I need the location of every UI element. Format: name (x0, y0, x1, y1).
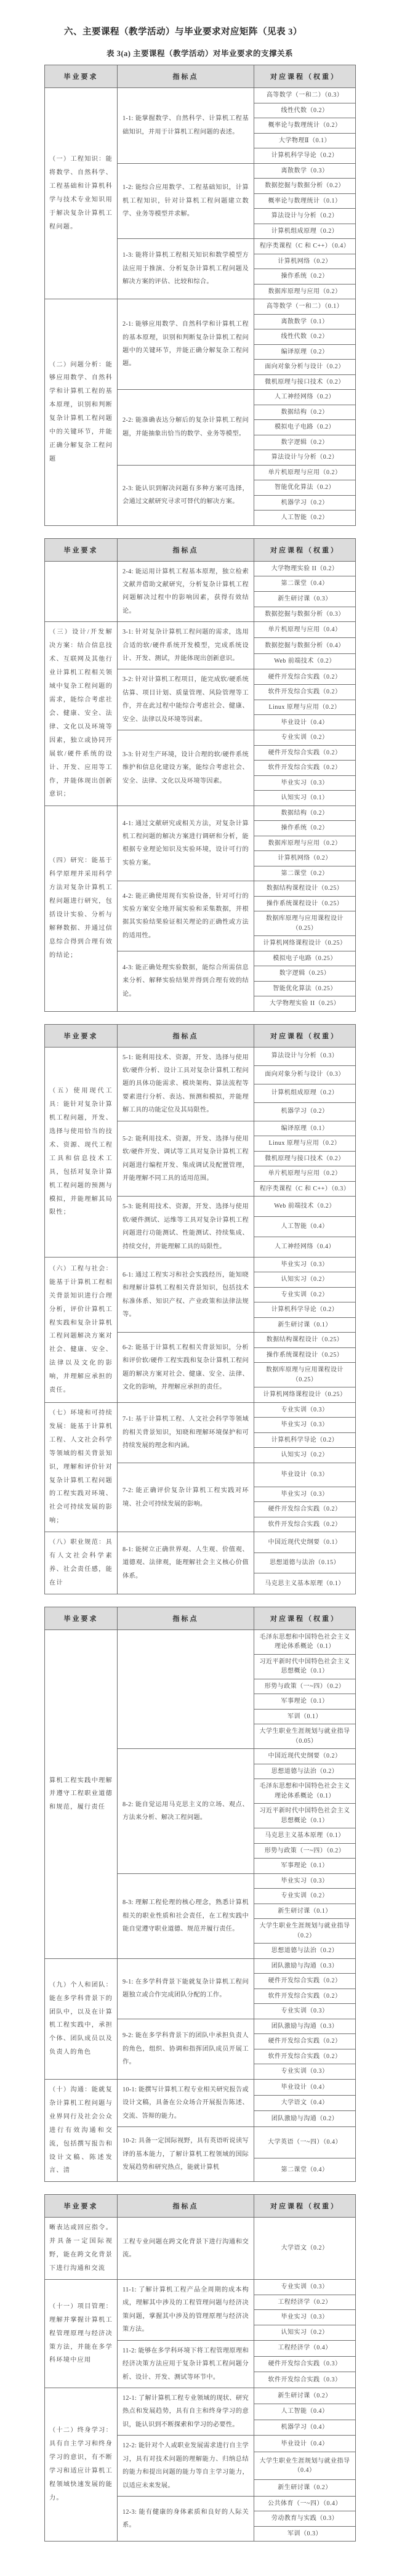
indicator-cell: 5-1: 能利用技术、资源，开发、选择与使用软/硬件分析、设计工具对复杂计算机工… (118, 1047, 254, 1121)
course-cell: 硬件开发综合实践（0.2） (254, 1974, 356, 1989)
course-cell: 毕业实习（0.3） (254, 775, 356, 791)
course-cell: 计算机网络课程设计（0.25） (254, 1387, 356, 1403)
indicator-cell: 7-1: 基于计算机工程、人文社会科学等领域的相关背景知识，知晓和理解环境保护和… (118, 1402, 254, 1463)
course-cell: 计算机网络（0.2） (254, 254, 356, 269)
requirement-cell: （十二）终身学习：具有自主学习和终身学习的意识，有不断学习和适应计算机工程领域快… (45, 2388, 118, 2542)
course-cell: 算法设计与分析（0.2） (254, 209, 356, 224)
course-cell: 毕业实习（0.3） (254, 1418, 356, 1433)
course-cell: 数字逻辑（0.25） (254, 966, 356, 982)
table-header-row: 毕业要求指标点对应课程（权重） (45, 1024, 356, 1047)
requirement-cell: （十）沟通：能就复杂计算机工程问题与业界同行及社会公众进行有效沟通和交流，包括撰… (45, 2079, 118, 2181)
course-cell: 离散数学（0.1） (254, 314, 356, 329)
support-matrix-table-segment-1: 毕业要求指标点对应课程（权重）（一）工程知识：能将数学、自然科学、工程基础和计算… (44, 65, 356, 526)
document-page: 六、主要课程（教学活动）与毕业要求对应矩阵（见表 3） 表 3(a) 主要课程（… (0, 0, 394, 2576)
course-cell: 新生研讨课（0.2） (254, 2388, 356, 2404)
course-cell: Linux 原理与应用（0.2） (254, 1136, 356, 1152)
course-cell: Linux 原理与应用（0.2） (254, 700, 356, 715)
column-header-requirement: 毕业要求 (45, 1607, 118, 1629)
table-header-row: 毕业要求指标点对应课程（权重） (45, 1607, 356, 1629)
course-cell: 毛泽东思想和中国特色社会主义理论体系概论（0.1） (254, 1629, 356, 1654)
course-cell: 军训（0.3） (254, 2526, 356, 2542)
indicator-cell: 5-2: 能利用技术、资源，开发、选择与使用软/硬件开发、调试等工具对复杂计算机… (118, 1121, 254, 1197)
indicator-cell: 8-2: 能自觉运用马克思主义的立场、观点、方法来分析、解决工程问题。 (118, 1749, 254, 1874)
course-cell: 机器学习（0.2） (254, 1102, 356, 1121)
course-cell: 中国近现代史纲要（0.2） (254, 1749, 356, 1764)
column-header-indicator: 指标点 (118, 2195, 254, 2218)
table-row: 2-4: 能运用计算机工程基本原理，独立检索文献并借助文献研究，分析复杂计算机工… (45, 561, 356, 576)
requirement-cell: 算机工程实践中理解并遵守工程职业道德和规范，履行责任 (45, 1629, 118, 1958)
table-row: （十一）项目管理：理解并掌握计算机工程管理原理与经济决策方法，并能在多学科环境中… (45, 2280, 356, 2295)
table-row: 晰表达或回应指令。并具备一定国际视野，能在跨文化背景下进行沟通和交流工程专业问题… (45, 2218, 356, 2280)
course-cell: 硬件开发综合实践（0.2） (254, 1502, 356, 1517)
indicator-cell: 3-2: 针对计算机工程项目，能完成软/硬系统估算、项目计划、质量管理、风险管理… (118, 669, 254, 730)
indicator-cell: 8-1: 能树立正确世界观、人生观、价值观、道德观、法律观，能理解社会主义核心价… (118, 1532, 254, 1594)
table-header-row: 毕业要求指标点对应课程（权重） (45, 65, 356, 88)
course-cell: 新生研讨课（0.2） (254, 2479, 356, 2496)
course-cell: 工程经济学（0.2） (254, 2295, 356, 2310)
course-cell: 面向对象分析与设计（0.3） (254, 1065, 356, 1084)
course-cell: 大学生职业生涯规划与就业指导（0.05） (254, 1724, 356, 1749)
course-cell: 数字逻辑（0.2） (254, 435, 356, 450)
indicator-cell: 4-3: 能正确处理实验数据，能综合所需信息来分析、解释实验结果并得到合理有效的… (118, 951, 254, 1011)
course-cell: 马克思主义基本原理（0.1） (254, 1573, 356, 1594)
page-title: 六、主要课程（教学活动）与毕业要求对应矩阵（见表 3） (64, 25, 355, 38)
course-cell: 编译原理（0.1） (254, 1121, 356, 1136)
course-cell: 思想道德与法治（0.2） (254, 1944, 356, 1959)
support-matrix-tables: 毕业要求指标点对应课程（权重）（一）工程知识：能将数学、自然科学、工程基础和计算… (44, 65, 355, 2542)
column-header-indicator: 指标点 (118, 1024, 254, 1047)
course-cell: 专业实训（0.2） (254, 1889, 356, 1904)
course-cell: 专业实训（0.2） (254, 730, 356, 746)
course-cell: 模拟电子电路（0.25） (254, 951, 356, 966)
course-cell: 软件开发综合实践（0.2） (254, 761, 356, 776)
indicator-cell: 10-2: 具备一定国际视野，具有英语听说读写译的基本能力，了解计算机工程领域的… (118, 2127, 254, 2182)
indicator-cell: 4-2: 能正确使用现有实验设备，针对可行的实验方案安全地开展实验和采集数据，并… (118, 881, 254, 951)
course-cell: 数据库原理与应用（0.2） (254, 284, 356, 299)
course-cell: 大学生职业生涯规划与就业指导（0.4） (254, 2452, 356, 2479)
course-cell: 概率论与数理统计（0.2） (254, 118, 356, 134)
course-cell: 第二课堂（0.4） (254, 576, 356, 592)
requirement-cell (45, 561, 118, 622)
course-cell: 马克思主义基本原理（0.1） (254, 1828, 356, 1844)
table-row: （六）工程与社会：能基于计算机工程相关背景知识进行合理分析，评价计算机工程实践和… (45, 1257, 356, 1272)
indicator-cell: 3-3: 针对生产环境，设计合理的软/硬件系统维护和信息化建设方案，能综合考虑社… (118, 730, 254, 806)
course-cell: 新生研讨课（0.1） (254, 1904, 356, 1919)
course-cell: 软件开发综合实践（0.2） (254, 1989, 356, 2004)
course-cell: 模拟电子电路（0.2） (254, 420, 356, 435)
course-cell: 第二课堂（0.2） (254, 866, 356, 881)
course-cell: 思想道德与法治（0.15） (254, 1552, 356, 1573)
course-cell: 硬件开发综合实践（0.3） (254, 2356, 356, 2372)
course-cell: 军事理论（0.1） (254, 1694, 356, 1710)
column-header-indicator: 指标点 (118, 1607, 254, 1629)
indicator-cell: 3-1: 针对复杂计算机工程问题的需求，选用合适的软/硬件系统开发模型，完成系统… (118, 622, 254, 669)
course-cell: 软件开发综合实践（0.2） (254, 1517, 356, 1532)
indicator-cell: 9-2: 能在多学科背景下的团队中承担负责人的角色，组织、协调和指挥团队成员开展… (118, 2019, 254, 2079)
course-cell: 操作系统（0.2） (254, 269, 356, 285)
course-cell: 软件开发综合实践（0.2） (254, 685, 356, 700)
course-cell: 军训（0.1） (254, 1709, 356, 1724)
table-row: （十二）终身学习：具有自主学习和终身学习的意识，有不断学习和适应计算机工程领域快… (45, 2388, 356, 2404)
course-cell: 计算机组成原理（0.2） (254, 1084, 356, 1102)
course-cell: 数据结构（0.2） (254, 405, 356, 420)
indicator-cell: 5-3: 能利用技术、资源，开发、选择与使用软/硬件测试、运维等工具对复杂计算机… (118, 1197, 254, 1258)
indicator-cell: 1-2: 能综合应用数学、工程基础知识，计算机工程知识，针对计算机工程问题建立数… (118, 163, 254, 239)
course-cell: 数据挖掘与数据分析（0.3） (254, 607, 356, 622)
course-cell: 大学物理实验 II（0.2） (254, 561, 356, 576)
course-cell: 计算机网络（0.2） (254, 851, 356, 866)
course-cell: 操作系统课程设计（0.25） (254, 896, 356, 911)
support-matrix-table-segment-3: 毕业要求指标点对应课程（权重）（五）使用现代工具：能针对复杂计算机工程问题，开发… (44, 1024, 356, 1594)
course-cell: 劳动教育与实践（0.3） (254, 2511, 356, 2527)
course-cell: 数据库原理与应用（0.2） (254, 836, 356, 851)
column-header-courses: 对应课程（权重） (254, 1024, 356, 1047)
column-header-requirement: 毕业要求 (45, 2195, 118, 2218)
course-cell: 线性代数（0.2） (254, 103, 356, 118)
indicator-cell: 11-2: 能够在多学科环境下将工程管理原理和经济决策方法应用于复杂计算机工程问… (118, 2340, 254, 2388)
column-header-courses: 对应课程（权重） (254, 65, 356, 88)
course-cell: 数据结构课程设计（0.25） (254, 881, 356, 897)
indicator-cell: 6-2: 能基于计算机工程相关背景知识，分析和评价软/硬件工程实践和复杂计算机工… (118, 1333, 254, 1403)
table-row: （四）研究：能基于科学原理并采用科学方法对复杂计算机工程问题进行研究，包括设计实… (45, 806, 356, 821)
course-cell: 人工智能（0.4） (254, 2404, 356, 2420)
table-header-row: 毕业要求指标点对应课程（权重） (45, 2195, 356, 2218)
course-cell: 微机原理与接口技术（0.2） (254, 1151, 356, 1166)
requirement-cell: （九）个人和团队：能在多学科背景下的团队中，以及在计算机工程实践中，承担个体、团… (45, 1958, 118, 2079)
course-cell: 专业实训（0.3） (254, 1402, 356, 1418)
course-cell: 大学生职业生涯规划与就业指导（0.2） (254, 1919, 356, 1944)
course-cell: 程序类课程（C 和 C++）（0.4） (254, 239, 356, 254)
course-cell: 大学英语（一~四）（0.4） (254, 2127, 356, 2158)
requirement-cell: （六）工程与社会：能基于计算机工程相关背景知识进行合理分析，评价计算机工程实践和… (45, 1257, 118, 1402)
table-row: （三）设计/开发解决方案：结合信息技术、互联网及其他行业计算机工程相关领域中复杂… (45, 622, 356, 638)
course-cell: 第二课堂（0.4） (254, 2158, 356, 2182)
support-matrix-table-segment-4: 毕业要求指标点对应课程（权重）算机工程实践中理解并遵守工程职业道德和规范，履行责… (44, 1607, 356, 2182)
column-header-requirement: 毕业要求 (45, 65, 118, 88)
indicator-cell: 12-2: 能针对个人或职业发展需求进行自主学习，具有对技术问题的理解能力、归纳… (118, 2436, 254, 2497)
course-cell: 软件开发综合实践（0.3） (254, 2372, 356, 2388)
course-cell: 人工神经网络（0.4） (254, 1237, 356, 1258)
course-cell: 算法设计与分析（0.2） (254, 450, 356, 466)
course-cell: 毕业实习（0.3） (254, 2310, 356, 2325)
requirement-cell: （十一）项目管理：理解并掌握计算机工程管理原理与经济决策方法，并能在多学科环境中… (45, 2280, 118, 2388)
course-cell: 军事理论（0.1） (254, 1859, 356, 1874)
indicator-cell: 2-3: 能认识到解决问题有多种方案可选择，会通过文献研究寻求可替代的解决方案。 (118, 465, 254, 525)
course-cell: 算法设计与分析（0.3） (254, 1047, 356, 1065)
indicator-cell: 12-3: 能有健康的身体素质和良好的人际关系。 (118, 2496, 254, 2542)
course-cell: 认知实习（0.2） (254, 2325, 356, 2341)
indicator-cell: 12-1: 了解计算机工程专业领域的现状、研究热点和发展趋势，具有自主和终身学习… (118, 2388, 254, 2436)
course-cell: 形势与政策（一~四）（0.2） (254, 1843, 356, 1859)
course-cell: 大学物理Ⅱ（0.1） (254, 133, 356, 148)
requirement-cell: （七）环境和可持续发展：能基于计算机工程、人文社会科学等领域的相关背景知识，理解… (45, 1402, 118, 1532)
course-cell: 毛泽东思想和中国特色社会主义理论体系概论（0.1） (254, 1779, 356, 1804)
course-cell: 专业实训（0.3） (254, 2280, 356, 2295)
course-cell: 软件开发综合实践（0.2） (254, 2049, 356, 2064)
indicator-cell: 2-4: 能运用计算机工程基本原理，独立检索文献并借助文献研究，分析复杂计算机工… (118, 561, 254, 622)
course-cell: 毕业设计（0.4） (254, 2079, 356, 2095)
course-cell: 离散数学（0.3） (254, 163, 356, 179)
course-cell: 机器学习（0.4） (254, 2420, 356, 2436)
indicator-cell: 1-1: 能掌握数学、自然科学、计算机工程基础知识，并用于计算机工程问题的表述。 (118, 88, 254, 164)
course-cell: 计算机科学导论（0.2） (254, 1432, 356, 1448)
course-cell: 操作系统课程设计（0.25） (254, 1347, 356, 1363)
column-header-indicator: 指标点 (118, 65, 254, 88)
course-cell: 认知实习（0.1） (254, 791, 356, 806)
course-cell: 大学语文（0.4） (254, 2095, 356, 2111)
course-cell: 数据结构（0.2） (254, 806, 356, 821)
course-cell: 新生研讨课（0.3） (254, 591, 356, 607)
course-cell: 人工智能（0.4） (254, 1217, 356, 1237)
column-header-requirement: 毕业要求 (45, 1024, 118, 1047)
course-cell: 毕业实习（0.3） (254, 1873, 356, 1889)
course-cell: 团队激励与沟通（0.3） (254, 1958, 356, 1974)
table-row: （二）问题分析：能够应用数学、自然科学和计算机工程的基本原理，识别和判断复杂计算… (45, 299, 356, 315)
course-cell: 硬件开发综合实践（0.2） (254, 745, 356, 761)
course-cell: 毕业实习（0.3） (254, 1487, 356, 1502)
course-cell: 程序类课程（C 和 C++）（0.3） (254, 1181, 356, 1197)
course-cell: 毕业设计（0.4） (254, 2436, 356, 2452)
requirement-cell: （四）研究：能基于科学原理并采用科学方法对复杂计算机工程问题进行研究，包括设计实… (45, 806, 118, 1011)
course-cell: 高等数学（一和二）（0.1） (254, 299, 356, 315)
table-row: （八）职业规范：具有人文社会科学素养、社会责任感，能在计8-1: 能树立正确世界… (45, 1532, 356, 1553)
indicator-cell: 10-1: 能撰写计算机工程专业相关研究报告或设计文稿，具备在公众场合开展报告陈… (118, 2079, 254, 2126)
course-cell: 人工智能（0.2） (254, 511, 356, 526)
course-cell: 认知实习（0.2） (254, 1448, 356, 1463)
course-cell: 专业实训（0.3） (254, 2064, 356, 2080)
course-cell: 思想道德与法治（0.2） (254, 1764, 356, 1779)
course-cell: 计算机科学导论（0.2） (254, 1302, 356, 1318)
course-cell: 形势与政策（一~四）（0.2） (254, 1679, 356, 1694)
course-cell: 中国近现代史纲要（0.1） (254, 1532, 356, 1553)
support-matrix-table-segment-2: 毕业要求指标点对应课程（权重）2-4: 能运用计算机工程基本原理，独立检索文献并… (44, 538, 356, 1012)
course-cell: 习近平新时代中国特色社会主义思想概论（0.1） (254, 1804, 356, 1828)
requirement-cell: （二）问题分析：能够应用数学、自然科学和计算机工程的基本原理，识别和判断复杂计算… (45, 299, 118, 526)
indicator-cell: 7-2: 能正确评价复杂计算机工程实践对环境、社会可持续发展的影响。 (118, 1463, 254, 1532)
course-cell: 智能优化算法（0.2） (254, 480, 356, 496)
indicator-cell: 9-1: 在多学科背景下能就复杂计算机工程问题独立或合作完成团队分配的工作。 (118, 1958, 254, 2019)
course-cell: 微机原理与接口技术（0.2） (254, 374, 356, 390)
table-row: （五）使用现代工具：能针对复杂计算机工程问题，开发、选择与使用恰当的技术、资源、… (45, 1047, 356, 1065)
course-cell: 大学物理实验 II（0.25） (254, 996, 356, 1012)
course-cell: 公共体育（一~四）（0.4） (254, 2496, 356, 2511)
course-cell: 概率论与数理统计（0.1） (254, 193, 356, 209)
course-cell: 毕业实习（0.3） (254, 1257, 356, 1272)
course-cell: 专业实训（0.2） (254, 1287, 356, 1302)
course-cell: 硬件开发综合实践（0.2） (254, 2034, 356, 2049)
course-cell: 高等数学（一和二）（0.3） (254, 88, 356, 103)
course-cell: Web 前端技术（0.2） (254, 1197, 356, 1217)
course-cell: 线性代数（0.2） (254, 329, 356, 345)
column-header-indicator: 指标点 (118, 538, 254, 561)
course-cell: 数据挖掘与数据分析（0.2） (254, 179, 356, 194)
course-cell: 团队激励与沟通（0.3） (254, 2019, 356, 2034)
requirement-cell: （五）使用现代工具：能针对复杂计算机工程问题，开发、选择与使用恰当的技术、资源、… (45, 1047, 118, 1257)
course-cell: 新生研讨课（0.1） (254, 1317, 356, 1333)
course-cell: 计算机组成原理（0.2） (254, 224, 356, 239)
course-cell: 认知实习（0.2） (254, 1272, 356, 1288)
course-cell: 专业实训（0.3） (254, 2004, 356, 2019)
column-header-requirement: 毕业要求 (45, 538, 118, 561)
requirement-cell: （三）设计/开发解决方案：结合信息技术、互联网及其他行业计算机工程相关领域中复杂… (45, 622, 118, 806)
course-cell: 毕业设计（0.3） (254, 1463, 356, 1487)
table-row: （九）个人和团队：能在多学科背景下的团队中，以及在计算机工程实践中，承担个体、团… (45, 1958, 356, 1974)
requirement-cell: 晰表达或回应指令。并具备一定国际视野，能在跨文化背景下进行沟通和交流 (45, 2218, 118, 2280)
course-cell: 单片机原理与应用（0.2） (254, 465, 356, 480)
table-row: （十）沟通：能就复杂计算机工程问题与业界同行及社会公众进行有效沟通和交流，包括撰… (45, 2079, 356, 2095)
course-cell: Web 前端技术（0.2） (254, 653, 356, 669)
course-cell: 单片机原理与应用（0.4） (254, 622, 356, 638)
course-cell: 团队激励与沟通（0.2） (254, 2111, 356, 2127)
course-cell: 硬件开发综合实践（0.2） (254, 669, 356, 685)
indicator-cell: 2-1: 能够应用数学、自然科学和计算机工程的基本原理，识别和判断复杂计算机工程… (118, 299, 254, 390)
course-cell: 编译原理（0.2） (254, 344, 356, 360)
column-header-courses: 对应课程（权重） (254, 538, 356, 561)
table-header-row: 毕业要求指标点对应课程（权重） (45, 538, 356, 561)
indicator-cell: 6-1: 通过工程实习和社会实践经历，能知晓和理解计算机工程相关背景知识，包括技… (118, 1257, 254, 1333)
course-cell: 单片机原理与应用（0.2） (254, 1166, 356, 1182)
course-cell: 数据挖掘与数据分析（0.4） (254, 637, 356, 653)
requirement-cell: （八）职业规范：具有人文社会科学素养、社会责任感，能在计 (45, 1532, 118, 1594)
indicator-cell: 2-2: 能准确表达分解后的复杂计算机工程问题，并能抽象出恰当的数学、业务等模型… (118, 390, 254, 466)
course-cell: 数据结构课程设计（0.25） (254, 1333, 356, 1348)
course-cell: 毕业设计（0.4） (254, 715, 356, 730)
requirement-cell: （一）工程知识：能将数学、自然科学、工程基础和计算机科学与技术专业知识用于解决复… (45, 88, 118, 299)
indicator-cell: 8-3: 理解工程伦理的核心理念，熟悉计算机相关的职业性质和社会责任，在工程实践… (118, 1873, 254, 1958)
indicator-cell: 11-1: 了解计算机工程产品全周期的成本构成，理解其中涉及的工程管理问题与经济… (118, 2280, 254, 2341)
support-matrix-table-segment-5: 毕业要求指标点对应课程（权重）晰表达或回应指令。并具备一定国际视野，能在跨文化背… (44, 2194, 356, 2542)
table-caption: 表 3(a) 主要课程（教学活动）对毕业要求的支撑关系 (44, 47, 355, 59)
course-cell: 计算机网络课程设计（0.25） (254, 936, 356, 951)
course-cell: 机器学习（0.2） (254, 495, 356, 511)
column-header-courses: 对应课程（权重） (254, 2195, 356, 2218)
table-row: （七）环境和可持续发展：能基于计算机工程、人文社会科学等领域的相关背景知识，理解… (45, 1402, 356, 1418)
indicator-cell: 工程专业问题在跨文化背景下进行沟通和交流。 (118, 2218, 254, 2280)
course-cell: 工程经济学（0.4） (254, 2340, 356, 2356)
course-cell: 人工神经网络（0.2） (254, 390, 356, 405)
indicator-cell (118, 1629, 254, 1749)
course-cell: 计算机科学导论（0.2） (254, 148, 356, 164)
course-cell: 大学语文（0.2） (254, 2218, 356, 2280)
course-cell: 智能优化算法（0.25） (254, 981, 356, 996)
course-cell: 数据库原理与应用课程设计（0.25） (254, 1363, 356, 1387)
course-cell: 操作系统（0.2） (254, 821, 356, 836)
course-cell: 数据库原理与应用课程设计（0.25） (254, 911, 356, 936)
column-header-courses: 对应课程（权重） (254, 1607, 356, 1629)
table-row: 算机工程实践中理解并遵守工程职业道德和规范，履行责任毛泽东思想和中国特色社会主义… (45, 1629, 356, 1654)
indicator-cell: 1-3: 能将计算机工程相关知识和数学模型方法应用于推演、分析复杂计算机工程问题… (118, 239, 254, 299)
indicator-cell: 4-1: 通过文献研究或相关方法，对复杂计算机工程问题的解决方案进行调研和分析，… (118, 806, 254, 881)
table-row: （一）工程知识：能将数学、自然科学、工程基础和计算机科学与技术专业知识用于解决复… (45, 88, 356, 103)
course-cell: 习近平新时代中国特色社会主义思想概论（0.1） (254, 1654, 356, 1679)
course-cell: 面向对象分析与设计（0.2） (254, 360, 356, 375)
